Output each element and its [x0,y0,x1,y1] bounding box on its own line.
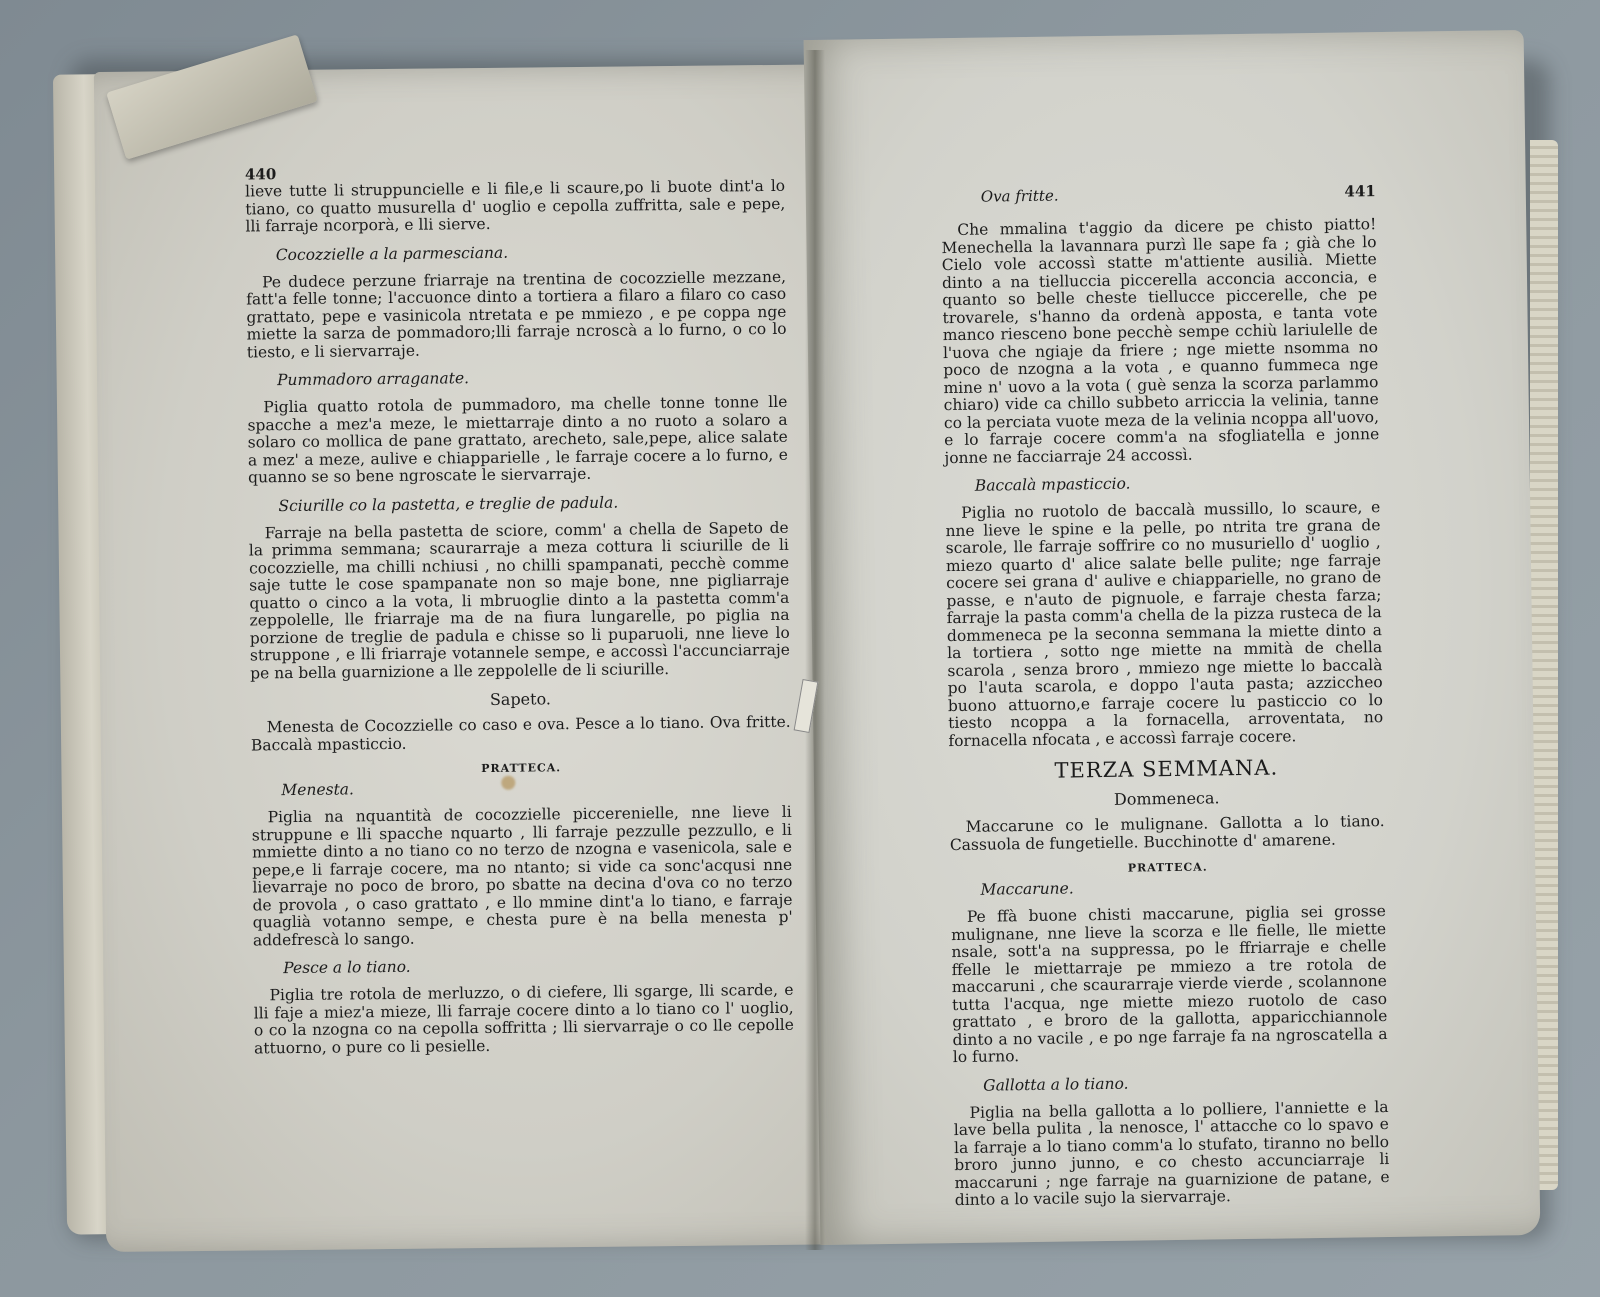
recipe-heading: Pummadoro arraganate. [277,366,787,389]
right-page: Ova fritte. 441 Che mmalina t'aggio da d… [804,30,1541,1245]
recipe-heading: Cocozzielle a la parmesciana. [276,240,786,263]
paragraph: Piglia no ruotolo de baccalà mussillo, l… [945,499,1383,750]
pratteca-heading: PRATTECA. [251,759,791,778]
open-book: 440 lieve tutte li struppuncielle e li f… [60,40,1560,1250]
pratteca-heading: PRATTECA. [950,858,1385,877]
paragraph: Menesta de Cocozzielle co caso e ova. Pe… [251,714,791,755]
left-page-text: lieve tutte li struppuncielle e li file,… [245,178,794,1058]
paragraph: Maccarune co le mulignane. Gallotta a lo… [950,813,1385,854]
paragraph: Piglia na bella gallotta a lo polliere, … [954,1099,1390,1210]
running-head: Ova fritte. 441 [941,182,1376,206]
recipe-heading: Maccarune. [980,875,1385,899]
day-heading: Sapeto. [250,687,790,712]
page-number-right: 441 [1344,182,1376,200]
stain-mark [501,776,515,790]
paragraph: Piglia tre rotola de merluzzo, o di cief… [253,982,794,1058]
paragraph: Farraje na bella pastetta de sciore, com… [249,519,791,682]
day-heading: Dommeneca. [949,786,1384,811]
recipe-heading: Sciurille co la pastetta, e treglie de p… [278,491,788,514]
running-title: Ova fritte. [941,187,1059,207]
paragraph: Piglia na nquantità de cocozzielle picce… [252,804,793,950]
paragraph: Piglia quatto rotola de pummadoro, ma ch… [247,394,788,487]
book-gutter [805,50,825,1250]
right-page-text: Che mmalina t'aggio da dicere pe chisto … [941,216,1390,1209]
recipe-heading: Baccalà mpasticcio. [975,471,1380,495]
paragraph: Pe dudece perzune friarraje na trentina … [246,268,787,361]
recipe-heading: Pesce a lo tiano. [283,954,793,977]
week-heading: TERZA SEMMANA. [949,754,1384,784]
recipe-heading: Menesta. [281,776,791,799]
recipe-heading: Gallotta a lo tiano. [983,1071,1388,1095]
left-page: 440 lieve tutte li struppuncielle e li f… [94,64,876,1252]
paragraph: Che mmalina t'aggio da dicere pe chisto … [941,216,1379,467]
paragraph: Pe ffà buone chisti maccarune, piglia se… [951,903,1388,1067]
paragraph: lieve tutte li struppuncielle e li file,… [245,178,786,236]
